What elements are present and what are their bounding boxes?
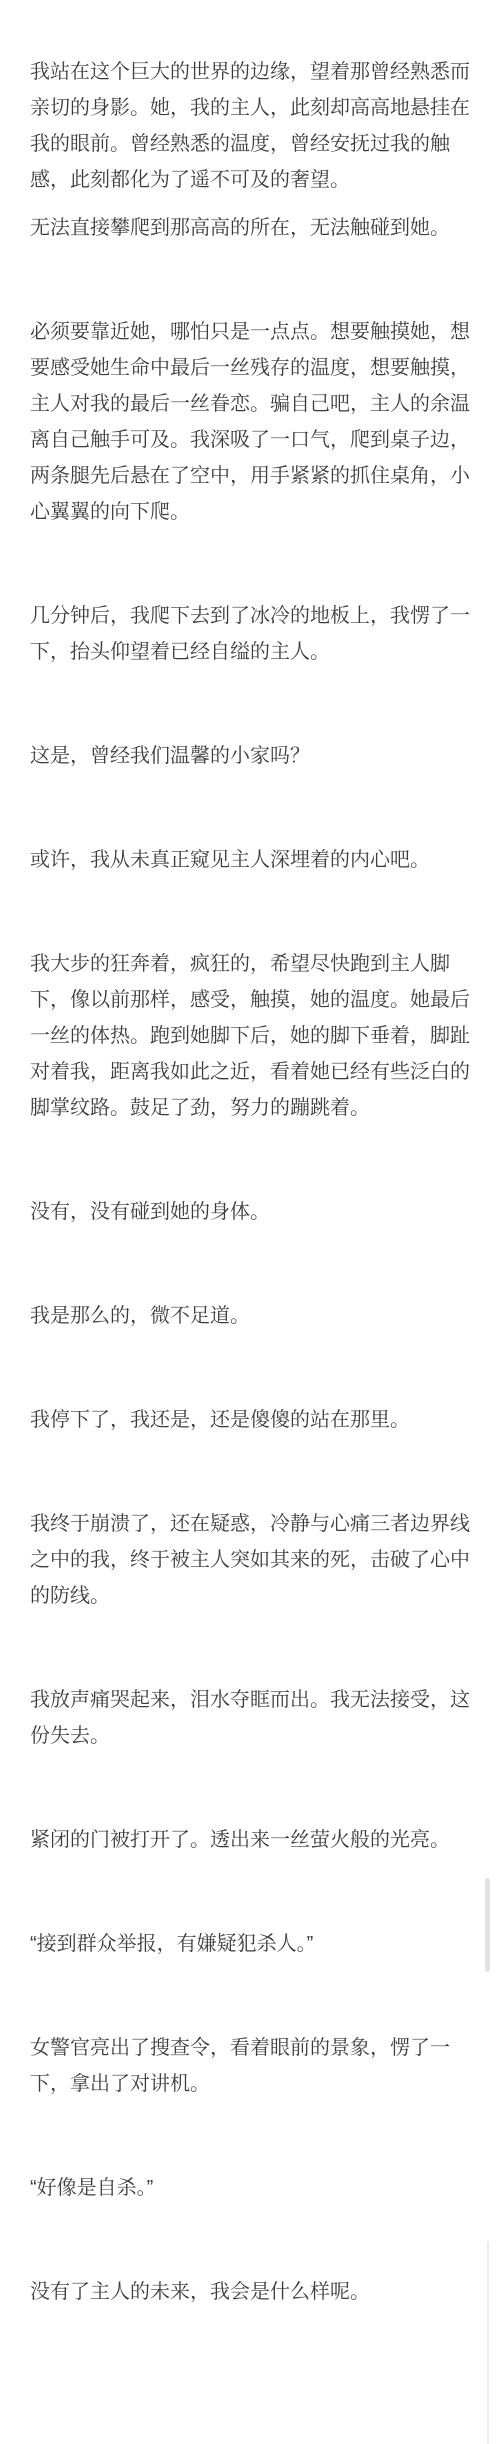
story-paragraph: 紧闭的门被打开了。透出来一丝萤火般的光亮。 bbox=[30, 1822, 474, 1858]
story-paragraph: 这是，曾经我们温馨的小家吗？ bbox=[30, 738, 474, 774]
story-content: 我站在这个巨大的世界的边缘，望着那曾经熟悉而亲切的身影。她，我的主人，此刻却高高… bbox=[0, 0, 500, 2310]
story-paragraph: 我终于崩溃了，还在疑惑，冷静与心痛三者边界线之中的我，终于被主人突如其来的死，击… bbox=[30, 1506, 474, 1614]
story-paragraph: 必须要靠近她，哪怕只是一点点。想要触摸她，想要感受她生命中最后一丝残存的温度，想… bbox=[30, 314, 474, 530]
scrollbar-track-line bbox=[487, 2242, 489, 2444]
story-paragraph: 没有了主人的未来，我会是什么样呢。 bbox=[30, 2274, 474, 2310]
story-paragraph: 我是那么的，微不足道。 bbox=[30, 1298, 474, 1334]
story-paragraph: “接到群众举报，有嫌疑犯杀人。” bbox=[30, 1926, 474, 1962]
story-paragraph: 我放声痛哭起来，泪水夺眶而出。我无法接受，这份失去。 bbox=[30, 1682, 474, 1754]
story-paragraph: 几分钟后，我爬下去到了冰冷的地板上，我愣了一下，抬头仰望着已经自缢的主人。 bbox=[30, 598, 474, 670]
story-paragraph: “好像是自杀。” bbox=[30, 2170, 474, 2206]
story-paragraph: 无法直接攀爬到那高高的所在，无法触碰到她。 bbox=[30, 210, 474, 246]
story-paragraph: 没有，没有碰到她的身体。 bbox=[30, 1194, 474, 1230]
story-paragraph: 我大步的狂奔着，疯狂的，希望尽快跑到主人脚下，像以前那样，感受，触摸，她的温度。… bbox=[30, 946, 474, 1126]
scrollbar-thumb[interactable] bbox=[485, 1878, 490, 1972]
story-paragraph: 或许，我从未真正窥见主人深埋着的内心吧。 bbox=[30, 842, 474, 878]
story-paragraph: 我站在这个巨大的世界的边缘，望着那曾经熟悉而亲切的身影。她，我的主人，此刻却高高… bbox=[30, 54, 474, 198]
story-paragraph: 我停下了，我还是，还是傻傻的站在那里。 bbox=[30, 1402, 474, 1438]
story-paragraph: 女警官亮出了搜查令，看着眼前的景象，愣了一下，拿出了对讲机。 bbox=[30, 2030, 474, 2102]
